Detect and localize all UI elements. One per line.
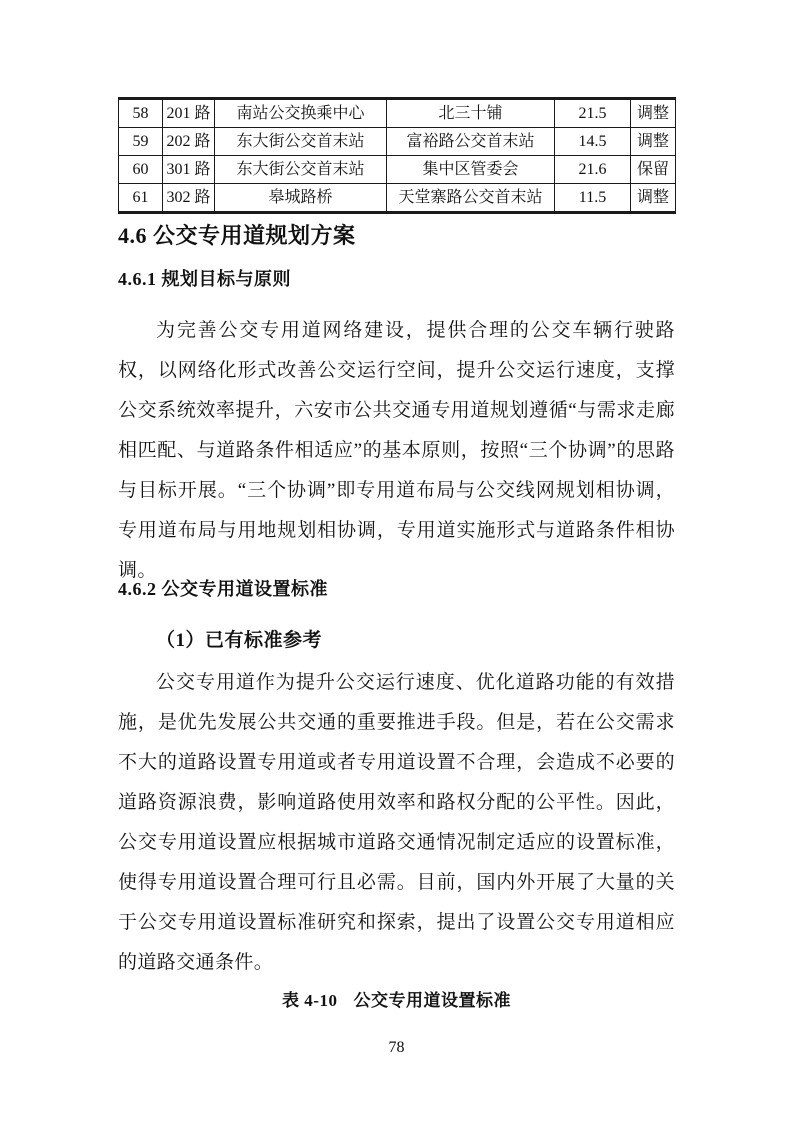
paragraph-planning-goals: 为完善公交专用道网络建设，提供合理的公交车辆行驶路权，以网络化形式改善公交运行空… <box>118 311 675 591</box>
table-cell: 201 路 <box>163 99 215 128</box>
table-cell: 南站公交换乘中心 <box>215 99 387 128</box>
table-cell: 东大街公交首末站 <box>215 156 387 184</box>
table-cell: 59 <box>119 128 163 156</box>
table-cell: 天堂寨路公交首末站 <box>387 184 555 213</box>
table-caption: 表 4-10公交专用道设置标准 <box>118 986 675 1011</box>
table-cell: 调整 <box>631 99 676 128</box>
table-row: 59202 路东大街公交首末站富裕路公交首末站14.5调整 <box>119 128 676 156</box>
table-cell: 集中区管委会 <box>387 156 555 184</box>
document-page: 58201 路南站公交换乘中心北三十铺21.5调整59202 路东大街公交首末站… <box>0 0 793 1122</box>
table-row: 58201 路南站公交换乘中心北三十铺21.5调整 <box>119 99 676 128</box>
table-cell: 202 路 <box>163 128 215 156</box>
table-caption-title: 公交专用道设置标准 <box>353 991 511 1010</box>
table-cell: 21.5 <box>555 99 631 128</box>
table-cell: 皋城路桥 <box>215 184 387 213</box>
bus-route-table-body: 58201 路南站公交换乘中心北三十铺21.5调整59202 路东大街公交首末站… <box>119 99 676 213</box>
table-cell: 11.5 <box>555 184 631 213</box>
table-cell: 58 <box>119 99 163 128</box>
table-cell: 14.5 <box>555 128 631 156</box>
table-cell: 61 <box>119 184 163 213</box>
paragraph-bus-lane-standards: 公交专用道作为提升公交运行速度、优化道路功能的有效措施，是优先发展公共交通的重要… <box>118 663 675 983</box>
table-cell: 301 路 <box>163 156 215 184</box>
section-heading-4-6-2: 4.6.2 公交专用道设置标准 <box>118 575 328 601</box>
table-cell: 21.6 <box>555 156 631 184</box>
table-cell: 北三十铺 <box>387 99 555 128</box>
table-row: 61302 路皋城路桥天堂寨路公交首末站11.5调整 <box>119 184 676 213</box>
bus-route-table-wrap: 58201 路南站公交换乘中心北三十铺21.5调整59202 路东大街公交首末站… <box>118 97 675 214</box>
table-cell: 保留 <box>631 156 676 184</box>
page-number: 78 <box>0 1039 793 1057</box>
subheading-existing-standards: （1）已有标准参考 <box>118 625 322 652</box>
table-cell: 302 路 <box>163 184 215 213</box>
table-cell: 调整 <box>631 184 676 213</box>
section-heading-4-6-1: 4.6.1 规划目标与原则 <box>118 265 291 291</box>
table-caption-label: 表 4-10 <box>282 991 337 1010</box>
bus-route-table: 58201 路南站公交换乘中心北三十铺21.5调整59202 路东大街公交首末站… <box>118 97 676 214</box>
section-heading-4-6: 4.6 公交专用道规划方案 <box>118 219 356 250</box>
table-cell: 调整 <box>631 128 676 156</box>
table-row: 60301 路东大街公交首末站集中区管委会21.6保留 <box>119 156 676 184</box>
table-cell: 富裕路公交首末站 <box>387 128 555 156</box>
table-cell: 东大街公交首末站 <box>215 128 387 156</box>
table-cell: 60 <box>119 156 163 184</box>
